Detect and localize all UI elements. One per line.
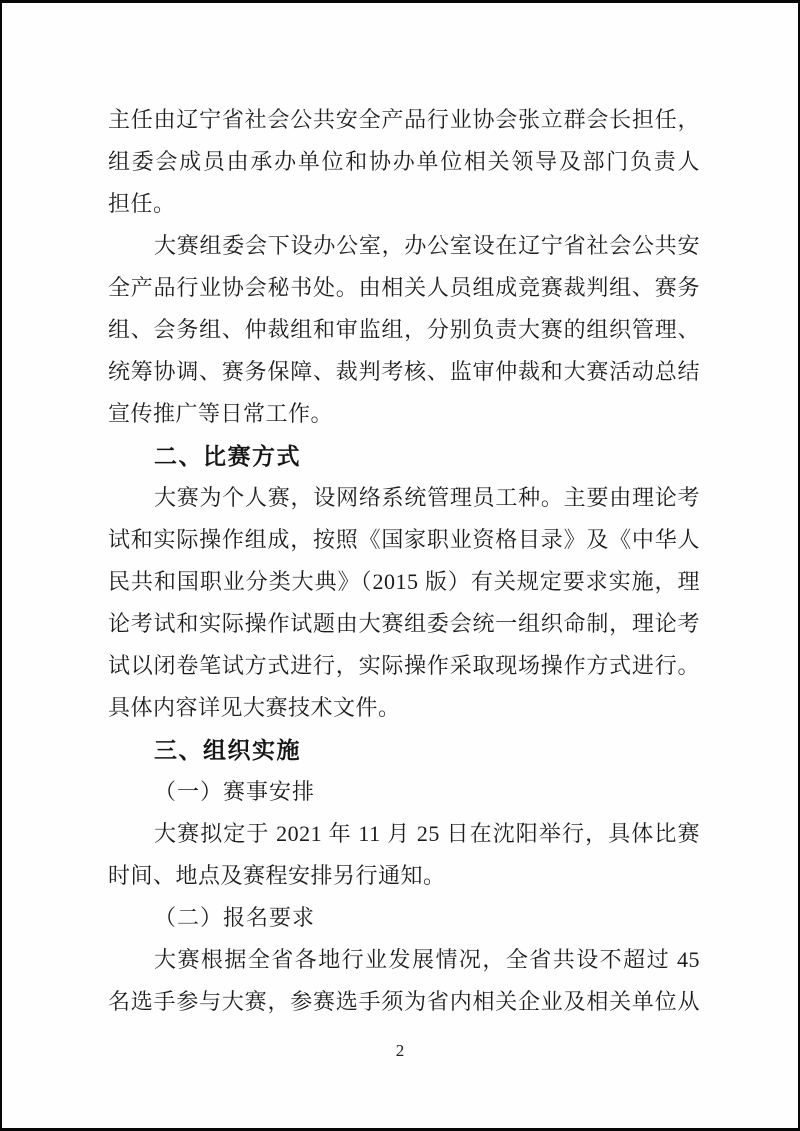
document-body: 主任由辽宁省社会公共安全产品行业协会张立群会长担任， 组委会成员由承办单位和协办… <box>108 99 700 1023</box>
paragraph-line: 论考试和实际操作试题由大赛组委会统一组织命制，理论考 <box>108 603 700 645</box>
paragraph-line: 组、会务组、仲裁组和审监组，分别负责大赛的组织管理、 <box>108 309 700 351</box>
paragraph-line: 宣传推广等日常工作。 <box>108 393 700 435</box>
subsection-heading-registration: （二）报名要求 <box>108 897 700 939</box>
paragraph-line: 民共和国职业分类大典》（2015 版）有关规定要求实施，理 <box>108 561 700 603</box>
paragraph-line: 大赛根据全省各地行业发展情况，全省共设不超过 45 <box>108 939 700 981</box>
subsection-heading-event-schedule: （一）赛事安排 <box>108 771 700 813</box>
page-footer: 2 <box>2 1041 798 1061</box>
page-number: 2 <box>396 1041 405 1060</box>
paragraph-line: 全产品行业协会秘书处。由相关人员组成竞赛裁判组、赛务 <box>108 267 700 309</box>
section-heading-competition-format: 二、比赛方式 <box>108 435 700 477</box>
section-heading-organization: 三、组织实施 <box>108 729 700 771</box>
paragraph-line: 大赛组委会下设办公室，办公室设在辽宁省社会公共安 <box>108 225 700 267</box>
paragraph-line: 统筹协调、赛务保障、裁判考核、监审仲裁和大赛活动总结 <box>108 351 700 393</box>
paragraph-line: 大赛拟定于 2021 年 11 月 25 日在沈阳举行，具体比赛 <box>108 813 700 855</box>
paragraph-line: 担任。 <box>108 183 700 225</box>
paragraph-line: 时间、地点及赛程安排另行通知。 <box>108 855 700 897</box>
document-page: 主任由辽宁省社会公共安全产品行业协会张立群会长担任， 组委会成员由承办单位和协办… <box>0 0 800 1131</box>
paragraph-line: 试和实际操作组成，按照《国家职业资格目录》及《中华人 <box>108 519 700 561</box>
paragraph-line: 大赛为个人赛，设网络系统管理员工种。主要由理论考 <box>108 477 700 519</box>
paragraph-line: 主任由辽宁省社会公共安全产品行业协会张立群会长担任， <box>108 99 700 141</box>
paragraph-line: 具体内容详见大赛技术文件。 <box>108 687 700 729</box>
paragraph-line: 组委会成员由承办单位和协办单位相关领导及部门负责人 <box>108 141 700 183</box>
paragraph-line: 试以闭卷笔试方式进行，实际操作采取现场操作方式进行。 <box>108 645 700 687</box>
paragraph-line: 名选手参与大赛，参赛选手须为省内相关企业及相关单位从 <box>108 981 700 1023</box>
